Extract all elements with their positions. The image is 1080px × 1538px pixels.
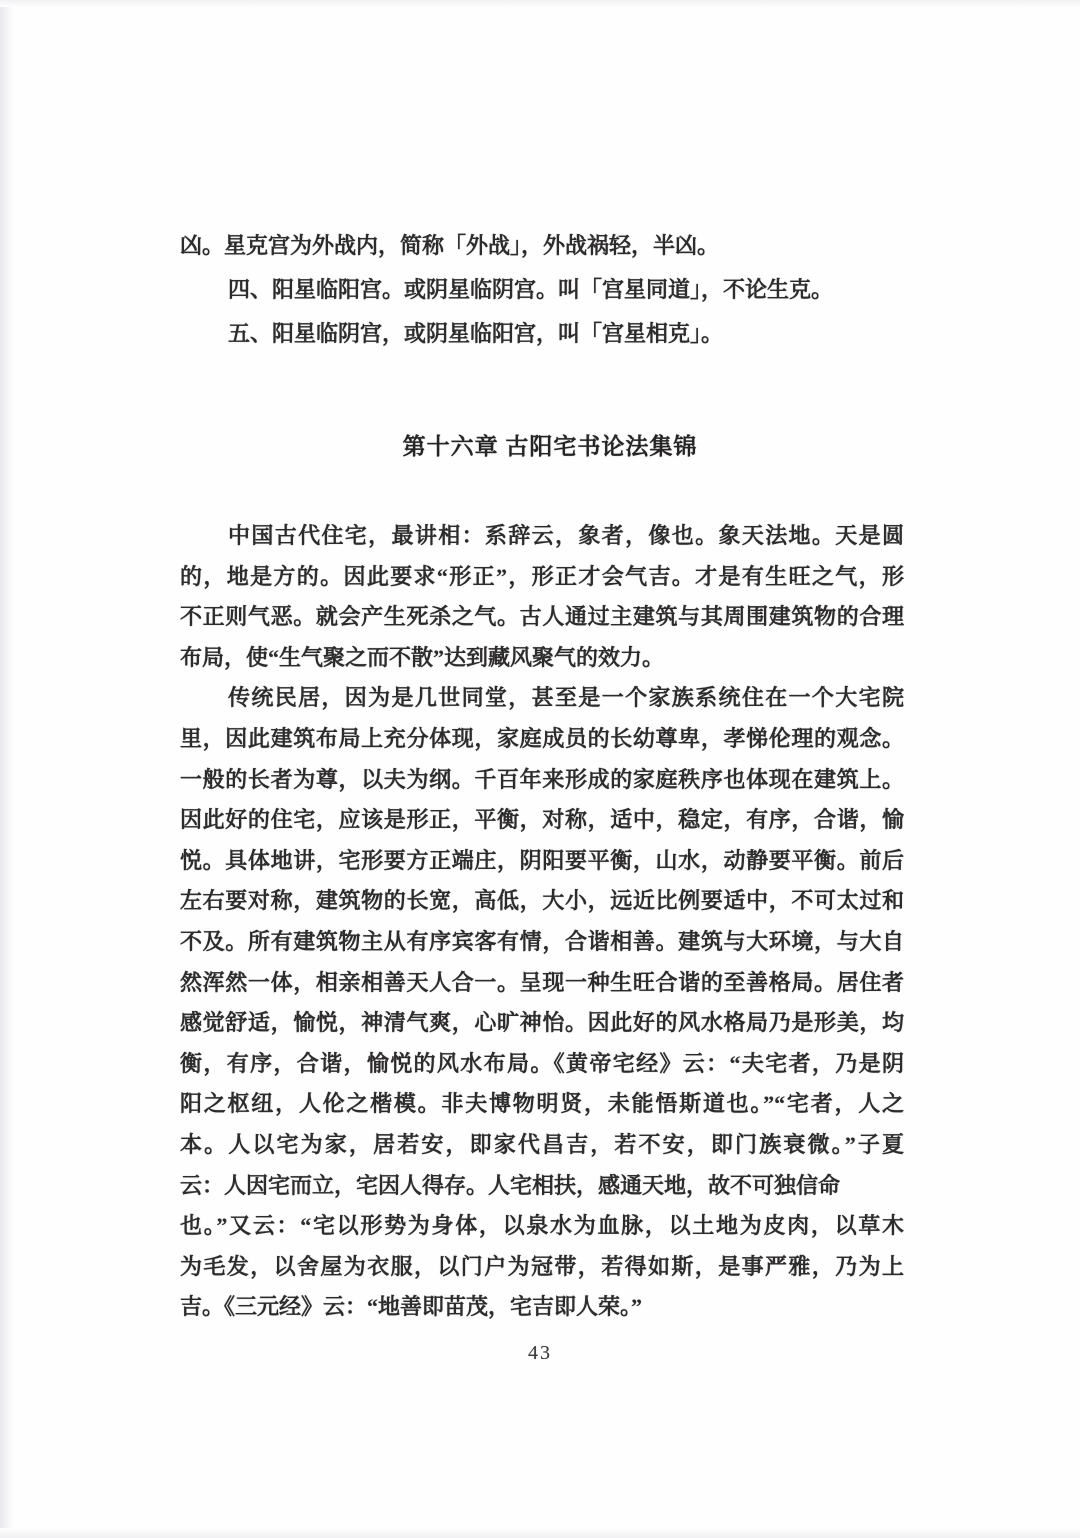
text-line: 然浑然一体，相亲相善天人合一。呈现一种生旺合谐的至善格局。居住者 [180,963,904,1004]
text-line: 悦。具体地讲，宅形要方正端庄，阴阳要平衡，山水，动静要平衡。前后 [180,841,904,882]
text-line: 一般的长者为尊，以夫为纲。千百年来形成的家庭秩序也体现在建筑上。 [180,760,904,801]
page-number: 43 [0,1342,1080,1365]
text-line: 吉。《三元经》云：“地善即苗茂，宅吉即人荣。” [180,1287,904,1328]
text-line: 阳之枢纽，人伦之楷模。非夫博物明贤，未能悟斯道也。”“宅者，人之 [180,1084,904,1125]
text-line: 布局，使“生气聚之而不散”达到藏风聚气的效力。 [180,638,904,679]
text-line: 凶。星克宫为外战内，简称「外战」，外战祸轻，半凶。 [180,224,904,268]
text-line: 五、阳星临阴宫，或阴星临阳宫，叫「宫星相克」。 [180,312,904,356]
text-line: 的，地是方的。因此要求“形正”，形正才会气吉。才是有生旺之气，形 [180,557,904,598]
page-edge-left [0,0,14,1538]
text-line: 不正则气恶。就会产生死杀之气。古人通过主建筑与其周围建筑物的合理 [180,597,904,638]
page-edge-top [0,0,1080,7]
text-line: 左右要对称，建筑物的长宽，高低，大小，远近比例要适中，不可太过和 [180,881,904,922]
text-line: 为毛发，以舍屋为衣服，以门户为冠带，若得如斯，是事严雅，乃为上 [180,1247,904,1288]
scanned-book-page: 凶。星克宫为外战内，简称「外战」，外战祸轻，半凶。 四、阳星临阳宫。或阴星临阴宫… [0,0,1080,1538]
body-text: 中国古代住宅，最讲相：系辞云，象者，像也。象天法地。天是圆 的，地是方的。因此要… [180,516,904,1328]
chapter-heading: 第十六章 古阳宅书论法集锦 [20,430,1080,464]
text-line: 本。人以宅为家，居若安，即家代昌吉，若不安，即门族衰微。”子夏 [180,1125,904,1166]
text-line: 里，因此建筑布局上充分体现，家庭成员的长幼尊卑，孝悌伦理的观念。 [180,719,904,760]
page-edge-bottom [0,1528,1080,1538]
text-line: 传统民居，因为是几世同堂，甚至是一个家族系统住在一个大宅院 [180,678,904,719]
text-line: 不及。所有建筑物主从有序宾客有情，合谐相善。建筑与大环境，与大自 [180,922,904,963]
text-line: 四、阳星临阳宫。或阴星临阴宫。叫「宫星同道」，不论生克。 [180,268,904,312]
text-line: 也。”又云：“宅以形势为身体，以泉水为血脉，以土地为皮肉，以草木 [180,1206,904,1247]
intro-paragraph: 凶。星克宫为外战内，简称「外战」，外战祸轻，半凶。 四、阳星临阳宫。或阴星临阴宫… [180,224,904,356]
text-line: 中国古代住宅，最讲相：系辞云，象者，像也。象天法地。天是圆 [180,516,904,557]
text-line: 感觉舒适，愉悦，神清气爽，心旷神怡。因此好的风水格局乃是形美，均 [180,1003,904,1044]
text-line: 云：人因宅而立，宅因人得存。人宅相扶，感通天地，故不可独信命 [180,1166,904,1207]
text-line: 因此好的住宅，应该是形正，平衡，对称，适中，稳定，有序，合谐，愉 [180,800,904,841]
text-line: 衡，有序，合谐，愉悦的风水布局。《黄帝宅经》云：“夫宅者，乃是阴 [180,1044,904,1085]
